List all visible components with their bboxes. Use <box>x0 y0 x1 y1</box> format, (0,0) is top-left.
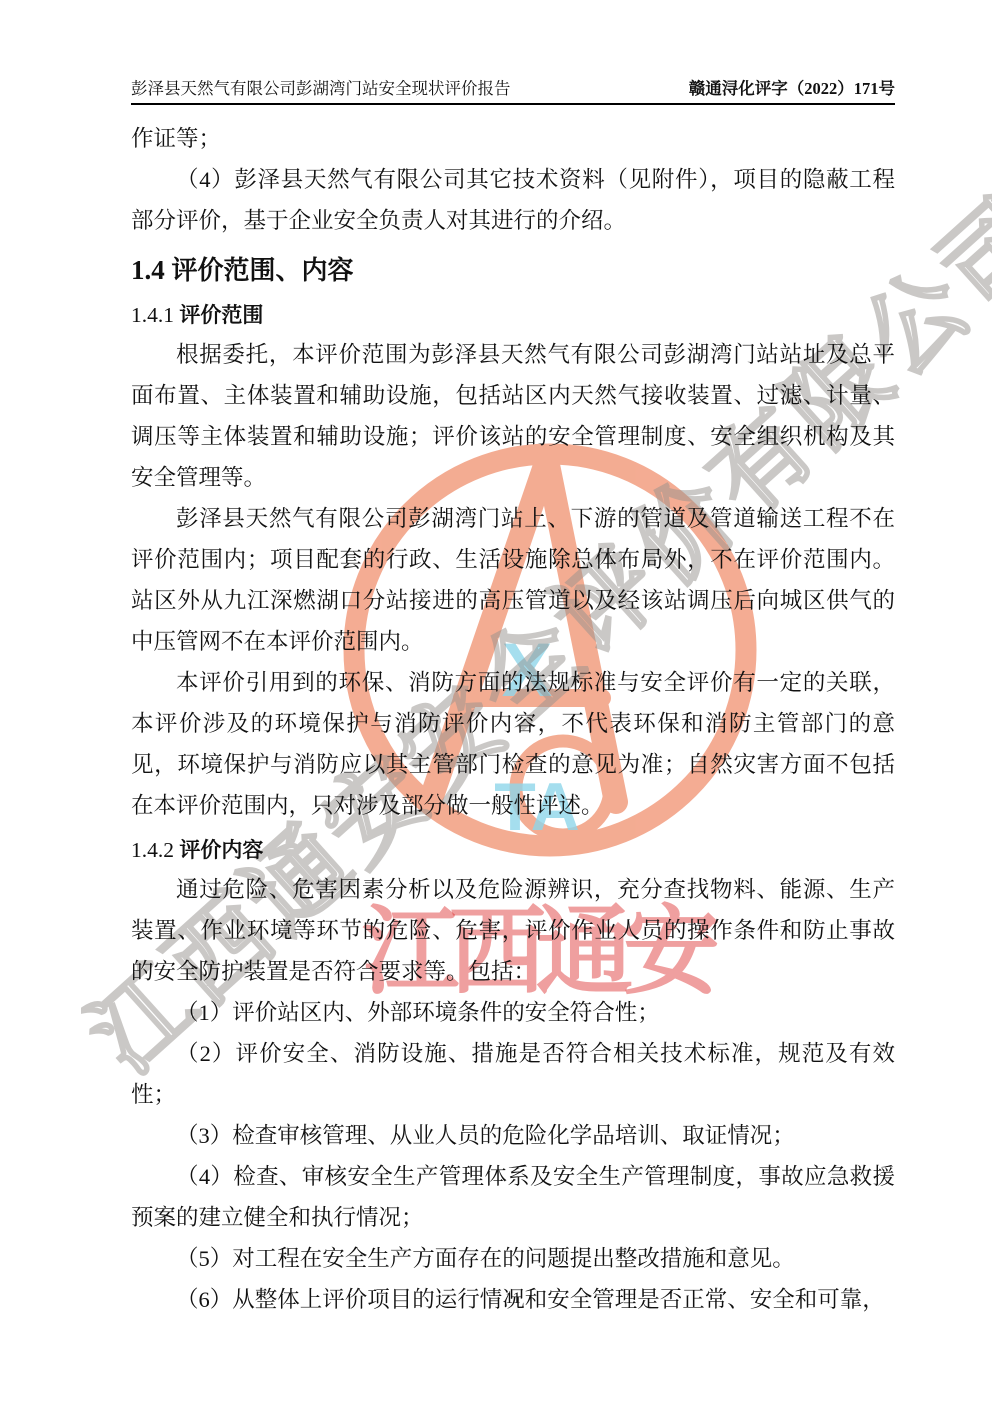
list-item-5: （5）对工程在安全生产方面存在的问题提出整改措施和意见。 <box>131 1238 895 1279</box>
paragraph-scope-1: 根据委托，本评价范围为彭泽县天然气有限公司彭湖湾门站站址及总平面布置、主体装置和… <box>131 334 895 498</box>
section-heading-1-4-1-number: 1.4.1 <box>131 303 174 327</box>
paragraph-content-intro: 通过危险、危害因素分析以及危险源辨识，充分查找物料、能源、生产装置、作业环境等环… <box>131 869 895 992</box>
list-item-2: （2）评价安全、消防设施、措施是否符合相关技术标准，规范及有效性； <box>131 1033 895 1115</box>
section-heading-1-4-2-number: 1.4.2 <box>131 838 174 862</box>
section-heading-1-4-1-title: 评价范围 <box>179 304 263 327</box>
paragraph-item-4-technical-data: （4）彭泽县天然气有限公司其它技术资料（见附件），项目的隐蔽工程部分评价，基于企… <box>131 159 895 241</box>
section-heading-1-4-2-title: 评价内容 <box>179 839 263 862</box>
section-heading-1-4-1: 1.4.1 评价范围 <box>131 297 895 334</box>
section-heading-1-4-title: 评价范围、内容 <box>172 255 354 285</box>
section-heading-1-4: 1.4 评价范围、内容 <box>131 249 895 291</box>
section-heading-1-4-number: 1.4 <box>131 255 165 285</box>
list-item-3: （3）检查审核管理、从业人员的危险化学品培训、取证情况； <box>131 1115 895 1156</box>
list-item-1: （1）评价站区内、外部环境条件的安全符合性； <box>131 992 895 1033</box>
paragraph-scope-2: 彭泽县天然气有限公司彭湖湾门站上、下游的管道及管道输送工程不在评价范围内；项目配… <box>131 498 895 662</box>
document-page: X TA 江西通安安全评价有限公司 江西通安 彭泽县天然气有限公司彭湖湾门站安全… <box>0 0 992 1403</box>
section-heading-1-4-2: 1.4.2 评价内容 <box>131 832 895 869</box>
paragraph-continuation: 作证等； <box>131 118 895 159</box>
paragraph-scope-3: 本评价引用到的环保、消防方面的法规标准与安全评价有一定的关联，本评价涉及的环境保… <box>131 662 895 826</box>
page-number: 11 <box>131 1290 895 1308</box>
document-body: 作证等； （4）彭泽县天然气有限公司其它技术资料（见附件），项目的隐蔽工程部分评… <box>131 0 895 1320</box>
list-item-4: （4）检查、审核安全生产管理体系及安全生产管理制度，事故应急救援预案的建立健全和… <box>131 1156 895 1238</box>
